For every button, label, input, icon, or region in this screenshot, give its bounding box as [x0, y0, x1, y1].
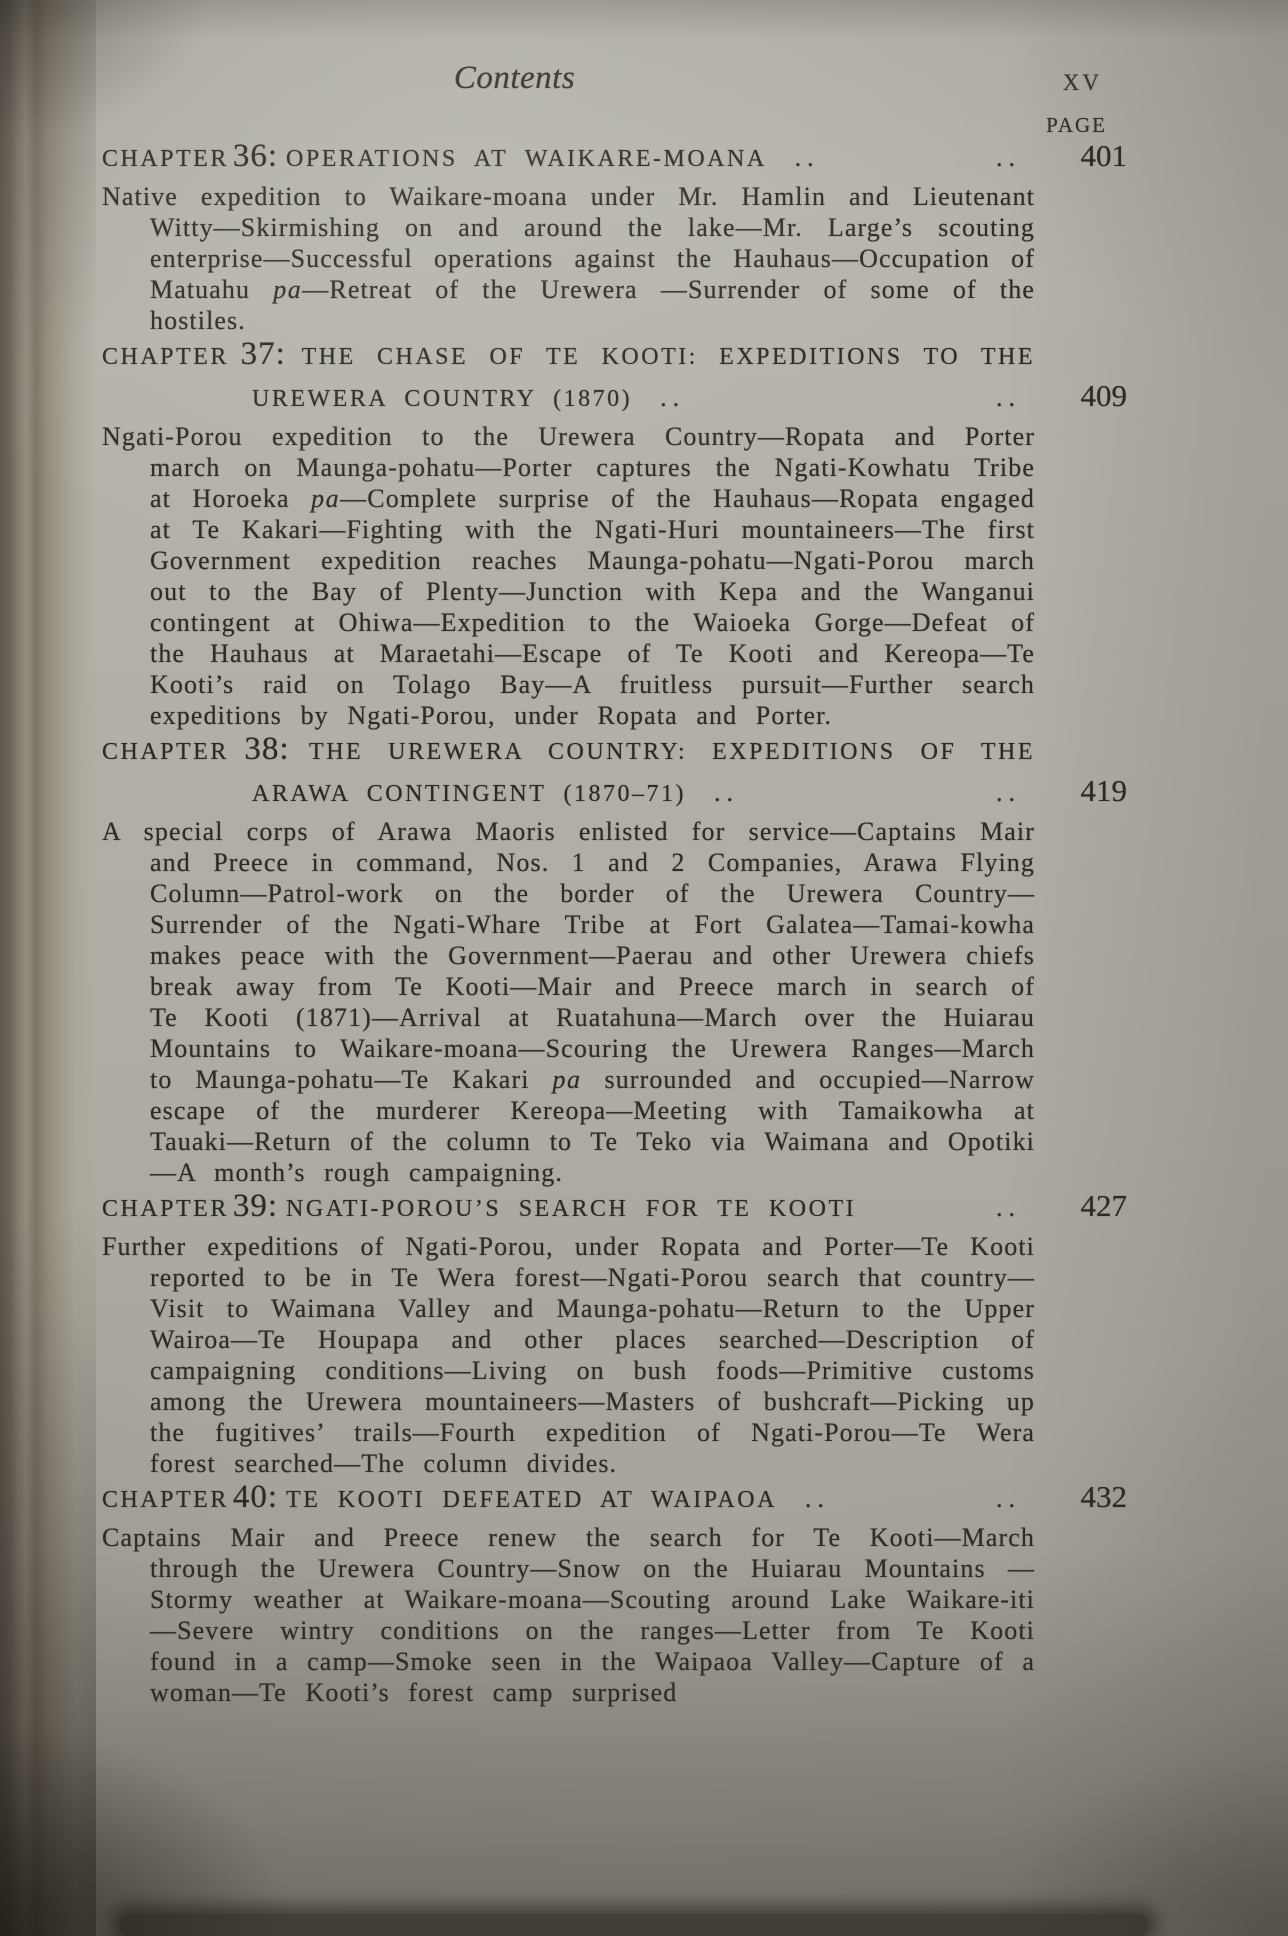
chapter-summary: Ngati-Porou expedition to the Urewera Co… [102, 421, 1035, 731]
chapter-title-continued: UREWERA COUNTRY (1870) [252, 381, 632, 417]
dot-leader: .. [996, 775, 1021, 811]
chapter-title: NGATI-POROU’S SEARCH FOR TE KOOTI [286, 1191, 856, 1227]
chapter-title: THE UREWERA COUNTRY: EXPEDITIONS OF THE [309, 739, 1035, 765]
chapter-label: CHAPTER [102, 739, 229, 765]
chapter-38-heading-line1: CHAPTER 38: THE UREWERA COUNTRY: EXPEDIT… [102, 731, 1035, 773]
dot-leader: .. [996, 380, 1021, 416]
toc-entry-chapter-39: CHAPTER 39: NGATI-POROU’S SEARCH FOR TE … [102, 1188, 1127, 1479]
chapter-summary: A special corps of Arawa Maoris enlisted… [102, 816, 1035, 1188]
chapter-page-number: 401 [1049, 138, 1127, 174]
chapter-label: CHAPTER [102, 1191, 229, 1227]
dot-leader: .. [996, 1190, 1021, 1226]
chapter-summary: Native expedition to Waikare-moana under… [102, 181, 1035, 336]
chapter-38-heading-line2: ARAWA CONTINGENT (1870–71) .. .. 419 [102, 773, 1127, 812]
chapter-title: THE CHASE OF TE KOOTI: EXPEDITIONS TO TH… [302, 344, 1035, 370]
chapter-39-heading: CHAPTER 39: NGATI-POROU’S SEARCH FOR TE … [102, 1188, 1127, 1227]
chapter-40-heading: CHAPTER 40: TE KOOTI DEFEATED AT WAIPAOA… [102, 1479, 1127, 1518]
dot-leader: .. [996, 1481, 1021, 1517]
chapter-summary: Captains Mair and Preece renew the searc… [102, 1522, 1035, 1708]
chapter-number: 37: [237, 336, 294, 372]
chapter-summary: Further expeditions of Ngati-Porou, unde… [102, 1231, 1035, 1479]
toc-entry-chapter-38: CHAPTER 38: THE UREWERA COUNTRY: EXPEDIT… [102, 731, 1127, 1188]
chapter-number: 39: [229, 1188, 286, 1224]
chapter-number: 40: [229, 1479, 286, 1515]
chapter-label: CHAPTER [102, 344, 229, 370]
chapter-number: 36: [229, 138, 286, 174]
chapter-label: CHAPTER [102, 1482, 229, 1518]
dot-leader: .. [660, 380, 685, 416]
chapter-title-continued: ARAWA CONTINGENT (1870–71) [252, 776, 686, 812]
toc-entry-chapter-40: CHAPTER 40: TE KOOTI DEFEATED AT WAIPAOA… [102, 1479, 1127, 1708]
chapter-36-heading: CHAPTER 36: OPERATIONS AT WAIKARE-MOANA … [102, 138, 1127, 177]
book-gutter-shadow [0, 0, 96, 1936]
dot-leader: .. [996, 140, 1021, 176]
dot-leader: .. [795, 140, 820, 176]
chapter-37-heading-line1: CHAPTER 37: THE CHASE OF TE KOOTI: EXPED… [102, 336, 1035, 378]
dot-leader: .. [805, 1481, 830, 1517]
chapter-page-number: 409 [1049, 378, 1127, 414]
folio-number: XV [1063, 70, 1102, 96]
page-bottom-edge-shadow [120, 1914, 1148, 1936]
toc-entry-chapter-36: CHAPTER 36: OPERATIONS AT WAIKARE-MOANA … [102, 138, 1127, 336]
chapter-37-heading-line2: UREWERA COUNTRY (1870) .. .. 409 [102, 378, 1127, 417]
chapter-page-number: 427 [1049, 1188, 1127, 1224]
dot-leader: .. [714, 775, 739, 811]
chapter-label: CHAPTER [102, 141, 229, 177]
book-page-photo: Contents XV PAGE CHAPTER 36: OPERATIONS … [0, 0, 1288, 1936]
chapter-number: 38: [240, 731, 297, 767]
chapter-title: TE KOOTI DEFEATED AT WAIPAOA [286, 1482, 777, 1518]
chapter-page-number: 419 [1049, 773, 1127, 809]
page-title: Contents [102, 58, 927, 98]
contents-page: Contents XV PAGE CHAPTER 36: OPERATIONS … [102, 58, 1127, 1708]
chapter-title: OPERATIONS AT WAIKARE-MOANA [286, 141, 767, 177]
toc-entry-chapter-37: CHAPTER 37: THE CHASE OF TE KOOTI: EXPED… [102, 336, 1127, 731]
page-column-header: PAGE [102, 112, 1107, 138]
chapter-page-number: 432 [1049, 1479, 1127, 1515]
